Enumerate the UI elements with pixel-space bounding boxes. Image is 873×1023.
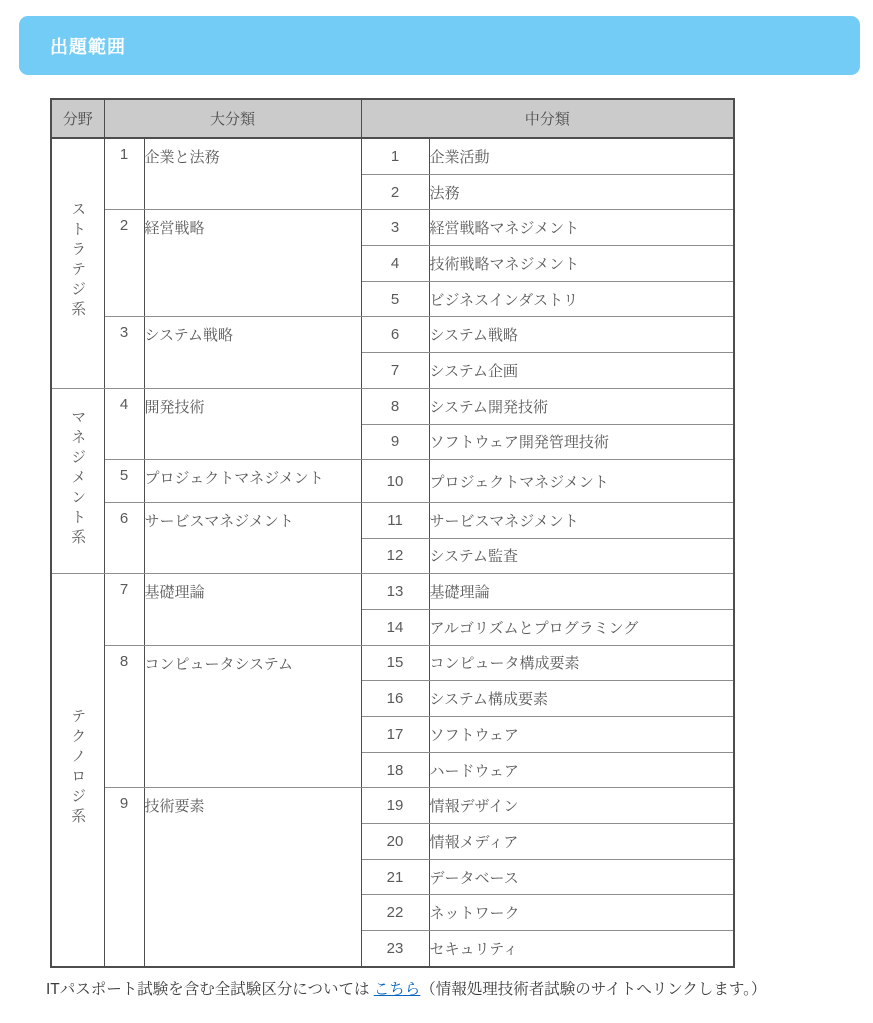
middle-no-cell: 8 [361,388,429,424]
table-row: マネジメント系4開発技術8システム開発技術 [51,388,734,424]
table-row: テクノロジ系7基礎理論13基礎理論 [51,574,734,610]
middle-name-cell: サービスマネジメント [429,502,734,538]
middle-name-cell: システム企画 [429,353,734,389]
middle-name-cell: ソフトウェア開発管理技術 [429,424,734,460]
middle-no-cell: 5 [361,281,429,317]
field-label: テクノロジ系 [70,708,85,828]
col-header-field: 分野 [51,99,104,138]
middle-name-cell: ハードウェア [429,752,734,788]
middle-no-cell: 18 [361,752,429,788]
middle-no-cell: 15 [361,645,429,681]
middle-no-cell: 14 [361,609,429,645]
middle-no-cell: 6 [361,317,429,353]
middle-name-cell: 法務 [429,174,734,210]
middle-name-cell: コンピュータ構成要素 [429,645,734,681]
section-title: 出題範囲 [50,33,126,59]
middle-no-cell: 9 [361,424,429,460]
major-name-cell: システム戦略 [144,317,361,388]
table-row: 8コンピュータシステム15コンピュータ構成要素 [51,645,734,681]
exam-scope-table: 分野 大分類 中分類 ストラテジ系1企業と法務1企業活動2法務2経営戦略3経営戦… [50,98,735,968]
middle-no-cell: 1 [361,138,429,174]
middle-no-cell: 20 [361,824,429,860]
field-cell: ストラテジ系 [51,138,104,388]
major-no-cell: 7 [104,574,144,645]
major-no-cell: 2 [104,210,144,317]
kochira-link[interactable]: こちら [374,981,421,998]
field-cell: マネジメント系 [51,388,104,573]
footer-text-before: ITパスポート試験を含む全試験区分については [46,981,374,998]
middle-name-cell: ネットワーク [429,895,734,931]
footer-text-after: （情報処理技術者試験のサイトへリンクします。） [420,981,766,998]
table-row: 5プロジェクトマネジメント10プロジェクトマネジメント [51,460,734,503]
middle-no-cell: 17 [361,717,429,753]
table-row: 2経営戦略3経営戦略マネジメント [51,210,734,246]
major-name-cell: プロジェクトマネジメント [144,460,361,503]
middle-name-cell: システム構成要素 [429,681,734,717]
major-no-cell: 4 [104,388,144,459]
major-name-cell: サービスマネジメント [144,502,361,573]
middle-name-cell: システム開発技術 [429,388,734,424]
table-row: 3システム戦略6システム戦略 [51,317,734,353]
table-row: 9技術要素19情報デザイン [51,788,734,824]
footer-note: ITパスポート試験を含む全試験区分については こちら（情報処理技術者試験のサイト… [46,976,838,1004]
middle-no-cell: 4 [361,246,429,282]
middle-name-cell: 企業活動 [429,138,734,174]
col-header-major: 大分類 [104,99,361,138]
field-label: ストラテジ系 [70,201,85,321]
middle-no-cell: 16 [361,681,429,717]
table-header-row: 分野 大分類 中分類 [51,99,734,138]
middle-name-cell: ビジネスインダストリ [429,281,734,317]
major-no-cell: 9 [104,788,144,967]
middle-name-cell: 基礎理論 [429,574,734,610]
middle-no-cell: 2 [361,174,429,210]
section-header-bar: 出題範囲 [19,16,860,75]
middle-no-cell: 19 [361,788,429,824]
middle-name-cell: システム監査 [429,538,734,574]
middle-name-cell: データベース [429,859,734,895]
exam-scope-table-container: 分野 大分類 中分類 ストラテジ系1企業と法務1企業活動2法務2経営戦略3経営戦… [50,98,735,968]
middle-name-cell: システム戦略 [429,317,734,353]
page: 出題範囲 分野 大分類 中分類 ストラテジ系1企業と法務1企業活動2法務2経営戦… [0,0,873,1023]
major-name-cell: 基礎理論 [144,574,361,645]
middle-no-cell: 23 [361,931,429,967]
field-label: マネジメント系 [70,409,85,549]
table-row: ストラテジ系1企業と法務1企業活動 [51,138,734,174]
table-row: 6サービスマネジメント11サービスマネジメント [51,502,734,538]
middle-no-cell: 22 [361,895,429,931]
middle-name-cell: セキュリティ [429,931,734,967]
middle-no-cell: 12 [361,538,429,574]
middle-no-cell: 21 [361,859,429,895]
field-cell: テクノロジ系 [51,574,104,967]
middle-name-cell: 情報デザイン [429,788,734,824]
col-header-middle: 中分類 [361,99,734,138]
middle-no-cell: 10 [361,460,429,503]
middle-name-cell: 技術戦略マネジメント [429,246,734,282]
middle-name-cell: 情報メディア [429,824,734,860]
middle-no-cell: 3 [361,210,429,246]
major-name-cell: 開発技術 [144,388,361,459]
middle-name-cell: 経営戦略マネジメント [429,210,734,246]
middle-no-cell: 13 [361,574,429,610]
middle-name-cell: アルゴリズムとプログラミング [429,609,734,645]
major-no-cell: 6 [104,502,144,573]
middle-no-cell: 11 [361,502,429,538]
major-name-cell: 企業と法務 [144,138,361,210]
middle-name-cell: プロジェクトマネジメント [429,460,734,503]
middle-no-cell: 7 [361,353,429,389]
major-no-cell: 8 [104,645,144,788]
major-no-cell: 3 [104,317,144,388]
major-no-cell: 5 [104,460,144,503]
major-name-cell: 経営戦略 [144,210,361,317]
major-name-cell: 技術要素 [144,788,361,967]
major-name-cell: コンピュータシステム [144,645,361,788]
major-no-cell: 1 [104,138,144,210]
middle-name-cell: ソフトウェア [429,717,734,753]
